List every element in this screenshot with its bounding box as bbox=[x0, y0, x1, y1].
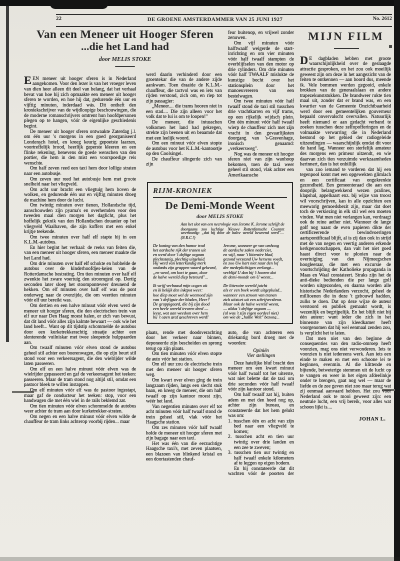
poem-title: De Demi-Monde Weent bbox=[153, 201, 287, 212]
header-rule-bottom bbox=[56, 26, 392, 27]
author-signature: JOHAN L. bbox=[300, 416, 391, 421]
paragraph: van zoo iemand te vorderen dat hij een t… bbox=[300, 167, 391, 336]
paragraph: Om drie minuten over half elf schokte en… bbox=[24, 261, 136, 303]
article-column-2-bottom: plaats, rende met doodsverachting door h… bbox=[146, 330, 222, 472]
scan-artifact-speck bbox=[389, 45, 392, 48]
paragraph: De chauffeur slingerde zich van zijn bbox=[146, 156, 222, 167]
paragraph: De meneer uit hooger sferen ontwaakte Za… bbox=[24, 129, 136, 166]
paragraph: Om elf en een halve minuut vóór elven wa… bbox=[24, 366, 136, 387]
article-title-block: Van een Meneer uit Hooger Sferen ...die … bbox=[24, 29, 226, 67]
paragraph: En hij constateerde dat dit wachten vóór… bbox=[228, 466, 294, 476]
paragraph: Om twintig minuten over tienen, Hollands… bbox=[24, 203, 136, 235]
paragraph: Het was één van die eerzuchtige Haagsche… bbox=[146, 441, 222, 462]
scan-edge-left bbox=[6, 6, 9, 342]
issue-number: No. 2612 bbox=[330, 16, 392, 22]
column-text: werd daarin verhinderd door een groentek… bbox=[146, 72, 222, 167]
stanza: De koning van den humor trad het aardsch… bbox=[153, 243, 217, 279]
column-text: feur buitenop, en vrijwel zonder zenuwen… bbox=[228, 30, 294, 178]
scan-edge-blob bbox=[50, 0, 108, 9]
scan-edge-right bbox=[394, 0, 400, 561]
page-number: 22 bbox=[56, 16, 62, 22]
paragraph: Nog was de meneer uit hooger sferen niet… bbox=[228, 151, 294, 177]
rijm-kroniek-box: RIJM-KRONIEK De Demi-Monde Weent door ME… bbox=[147, 182, 293, 324]
column-text: DE dagbladen hebben met groote waarschij… bbox=[300, 56, 391, 422]
stanza: Ik wrijf verbaasd mijn oogen uit en ik b… bbox=[153, 284, 217, 319]
masthead: DE GROENE AMSTERDAMMER VAN 25 JUNI 1927 bbox=[110, 17, 320, 23]
paragraph: Om elf minuten vóór elf was de pastoor i… bbox=[24, 388, 136, 404]
list-item: 3. tusschen tien uur twintig en half twa… bbox=[234, 450, 294, 466]
poem-column-left: De koning van den humor trad het aardsch… bbox=[153, 243, 217, 318]
paragraph: Dat men niet van den beginne de conseque… bbox=[300, 336, 391, 410]
paragraph: Om zes minuten vóór half twaalf holde de… bbox=[146, 425, 222, 441]
newspaper-scan: { "colors": {"paper": "#eae8e1", "ink": … bbox=[0, 0, 400, 561]
column-text: plaats, rende met doodsverachting door h… bbox=[146, 330, 222, 462]
article-column-3-bottom: auto, die van achteren een driekantig bo… bbox=[228, 330, 294, 476]
poem-column-right: Jerome, wanneer ge van omhoog de aardsch… bbox=[223, 243, 287, 318]
article-column-1: EEN meneer uit hooger sferen is in Neder… bbox=[24, 76, 136, 472]
paragraph: EEN meneer uit hooger sferen is in Neder… bbox=[24, 76, 136, 129]
paragraph: Om dertien en een halve minuut vóór elve… bbox=[24, 303, 136, 345]
dropcap: E bbox=[24, 76, 31, 86]
stanza: De litteraire wereld juicht als er een b… bbox=[223, 284, 287, 319]
paragraph: Van negentien minuten over elf tot acht … bbox=[146, 404, 222, 425]
paragraph: auto, die van achteren een driekantig bo… bbox=[228, 330, 294, 346]
poem-byline: door MELIS STOKE bbox=[153, 214, 287, 220]
dropcap: D bbox=[300, 56, 308, 66]
article-column-3-top: feur buitenop, en vrijwel zonder zenuwen… bbox=[228, 30, 294, 180]
film-article-column: DE dagbladen hebben met groote waarschij… bbox=[300, 56, 391, 470]
article-byline: door MELIS STOKE bbox=[24, 57, 226, 63]
poem-inner: Aan het slot van een necrologie van Jero… bbox=[153, 223, 287, 319]
film-article-title: MIJN FILM bbox=[300, 31, 392, 43]
paragraph: De meneer, die intusschen volkomen het l… bbox=[146, 120, 222, 141]
paragraph: Om vijf minuten vóór halftwaalf weigerde… bbox=[228, 41, 294, 99]
paragraph-text: EN meneer uit hooger sferen is in Nederl… bbox=[24, 76, 136, 129]
paragraph: Om negen en een halve minuut vóór elven … bbox=[24, 414, 136, 425]
paragraph: plaats, rende met doodsverachting door h… bbox=[146, 330, 222, 351]
column-text: auto, die van achteren een driekantig bo… bbox=[228, 330, 294, 476]
paragraph: Om een minuut vóór elven stopte de autob… bbox=[146, 141, 222, 157]
stanza: Jerome, wanneer ge van omhoog de aardsch… bbox=[223, 243, 287, 279]
article-title-line2: ...die het Land had bbox=[24, 42, 226, 54]
article-column-2-top: werd daarin verhinderd door een groentek… bbox=[146, 72, 222, 180]
column-text: EEN meneer uit hooger sferen is in Neder… bbox=[24, 76, 136, 424]
article-title-line1: Van een Meneer uit Hooger Sferen bbox=[24, 29, 226, 42]
poem-body: Aan het slot van een necrologie van Jero… bbox=[153, 222, 287, 319]
list-item: 1. tusschen één en acht van zijn bed naa… bbox=[234, 418, 294, 434]
paragraph-quote: „Meneer.... die trams hooren niet in een… bbox=[146, 104, 222, 120]
box-kicker: RIJM-KRONIEK bbox=[153, 186, 287, 195]
paragraph: Om elf uur zou de electrische trein met … bbox=[146, 362, 222, 378]
paragraph: DE dagbladen hebben met groote waarschij… bbox=[300, 56, 391, 167]
film-title-rule bbox=[334, 48, 359, 49]
paragraph: Om twaalf minuten vóór elven stond de au… bbox=[24, 345, 136, 366]
sign-text-block: Opiniën Vier stellingen bbox=[228, 348, 294, 359]
paragraph: Deze hatelijke bluf bracht den meneer om… bbox=[228, 360, 294, 392]
paragraph: Om half twaalf zat hij, buiten adem en m… bbox=[228, 392, 294, 418]
byline-ornament bbox=[115, 66, 135, 68]
paragraph-text: E dagbladen hebben met groote waarschijn… bbox=[300, 56, 391, 167]
header-rule-top bbox=[56, 14, 392, 15]
scan-edge-bottom bbox=[0, 557, 400, 561]
paragraph: Om acht uur bracht een vliegtuig hem bov… bbox=[24, 187, 136, 203]
sign-line: Vier stellingen bbox=[228, 353, 294, 358]
paragraph: Om twee minuten vóór half twaalf stond d… bbox=[228, 99, 294, 152]
paragraph: Om kwart over elven ging de trein langza… bbox=[146, 378, 222, 404]
poem-columns: De koning van den humor trad het aardsch… bbox=[153, 243, 287, 318]
box-kicker-rule bbox=[153, 197, 287, 198]
paragraph: werd daarin verhinderd door een groentek… bbox=[146, 72, 222, 104]
poem-epigraph: Aan het slot van een necrologie van Jero… bbox=[181, 223, 285, 241]
paragraph: En hier begint het verhaal: de reeks van… bbox=[24, 245, 136, 261]
list-item: 2. tusschen acht en tien uur twintig ove… bbox=[234, 434, 294, 450]
